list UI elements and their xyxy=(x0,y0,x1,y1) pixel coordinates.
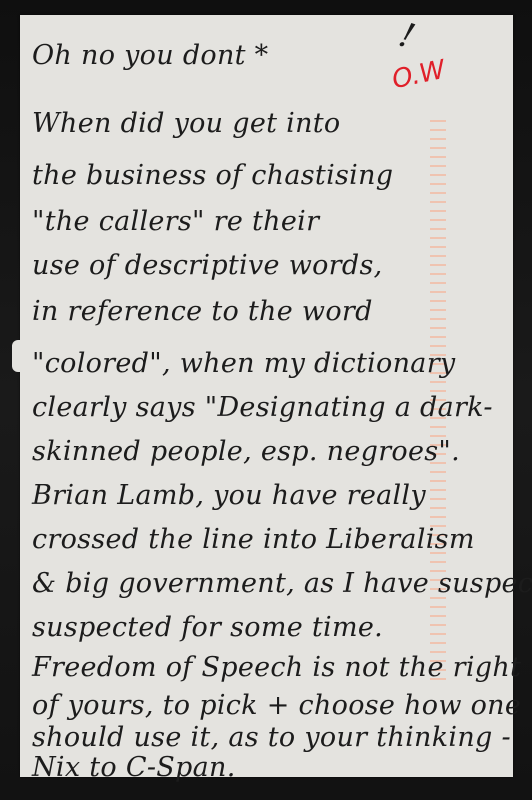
letter-line-11: crossed the line into Liberalism xyxy=(32,524,475,555)
letter-line-4: "the callers" re their xyxy=(32,206,319,237)
letter-line-14: Freedom of Speech is not the right xyxy=(32,652,521,683)
letter-line-9: skinned people, esp. negroes". xyxy=(32,436,460,467)
letter-line-8: clearly says "Designating a dark- xyxy=(32,392,493,423)
letter-line-16: should use it, as to your thinking - xyxy=(32,722,511,753)
letter-line-15: of yours, to pick + choose how one xyxy=(32,690,521,721)
paper-notch xyxy=(12,340,22,372)
letter-line-6: in reference to the word xyxy=(32,296,373,327)
letter-line-5: use of descriptive words, xyxy=(32,250,383,281)
letter-line-13: suspected for some time. xyxy=(32,612,383,643)
letter-line-7: "colored", when my dictionary xyxy=(32,348,455,379)
letter-line-17: Nix to C-Span. xyxy=(32,752,236,783)
letter-line-10: Brian Lamb, you have really xyxy=(32,480,426,511)
letter-line-1: Oh no you dont * xyxy=(32,40,268,71)
letter-line-12: & big government, as I have suspected xyxy=(32,568,532,599)
letter-line-3: the business of chastising xyxy=(32,160,393,191)
letter-line-2: When did you get into xyxy=(32,108,340,139)
